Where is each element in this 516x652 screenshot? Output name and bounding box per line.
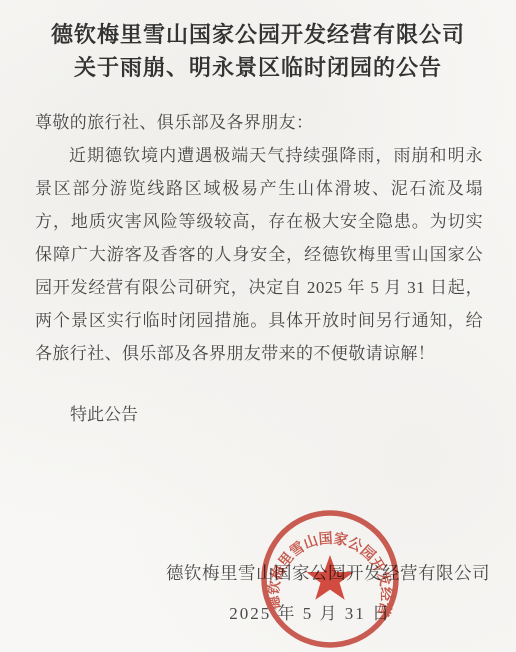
body-block: 尊敬的旅行社、俱乐部及各界朋友： 近期德钦境内遭遇极端天气持续强降雨，雨崩和明永… <box>35 106 483 370</box>
document-title-line1: 德钦梅里雪山国家公园开发经营有限公司 <box>0 18 516 51</box>
notice-document: 德钦梅里雪山国家公园开发经营有限公司 关于雨崩、明永景区临时闭园的公告 尊敬的旅… <box>0 0 516 652</box>
signature-company: 德钦梅里雪山国家公园开发经营有限公司 <box>0 560 516 585</box>
salutation: 尊敬的旅行社、俱乐部及各界朋友： <box>35 106 483 139</box>
closing-phrase: 特此公告 <box>70 400 516 425</box>
document-title-line2: 关于雨崩、明永景区临时闭园的公告 <box>0 51 516 84</box>
notice-paragraph: 近期德钦境内遭遇极端天气持续强降雨，雨崩和明永景区部分游览线路区域极易产生山体滑… <box>35 139 483 370</box>
title-block: 德钦梅里雪山国家公园开发经营有限公司 关于雨崩、明永景区临时闭园的公告 <box>0 0 516 84</box>
official-seal: 德钦梅里雪山国家公园开发经营有限公司 <box>259 508 401 650</box>
signature-block: 德钦梅里雪山国家公园开发经营有限公司 2025 年 5 月 31 日 <box>0 560 516 624</box>
seal-star-icon <box>306 555 353 600</box>
signature-date: 2025 年 5 月 31 日 <box>0 599 516 624</box>
